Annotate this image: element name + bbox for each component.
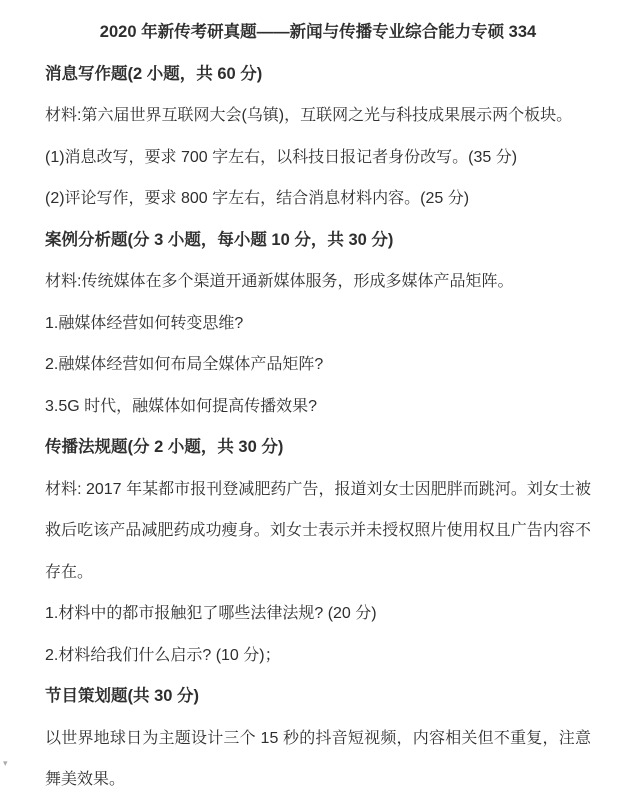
paragraph-material: 材料: 2017 年某都市报刊登减肥药广告，报道刘女士因肥胖而跳河。刘女士被救后… (45, 469, 591, 594)
section-heading-case-analysis: 案例分析题(分 3 小题，每小题 10 分，共 30 分) (45, 220, 591, 262)
paragraph-question: 1.融媒体经营如何转变思维? (45, 303, 591, 345)
paragraph-material: 材料:传统媒体在多个渠道开通新媒体服务，形成多媒体产品矩阵。 (45, 261, 591, 303)
exam-document: 2020 年新传考研真题——新闻与传播专业综合能力专硕 334 消息写作题(2 … (0, 0, 636, 799)
document-title: 2020 年新传考研真题——新闻与传播专业综合能力专硕 334 (45, 12, 591, 54)
section-heading-communication-law: 传播法规题(分 2 小题，共 30 分) (45, 427, 591, 469)
section-program-planning: 节目策划题(共 30 分) 以世界地球日为主题设计三个 15 秒的抖音短视频，内… (45, 676, 591, 799)
collapse-triangle-icon[interactable]: ▾ (3, 757, 8, 769)
paragraph-material: 材料:第六届世界互联网大会(乌镇)，互联网之光与科技成果展示两个板块。 (45, 95, 591, 137)
paragraph-question: 1.材料中的都市报触犯了哪些法律法规? (20 分) (45, 593, 591, 635)
paragraph-task: 以世界地球日为主题设计三个 15 秒的抖音短视频，内容相关但不重复，注意舞美效果… (45, 718, 591, 799)
paragraph-question: (1)消息改写，要求 700 字左右，以科技日报记者身份改写。(35 分) (45, 137, 591, 179)
section-heading-program-planning: 节目策划题(共 30 分) (45, 676, 591, 718)
paragraph-question: 3.5G 时代，融媒体如何提高传播效果? (45, 386, 591, 428)
paragraph-question: 2.融媒体经营如何布局全媒体产品矩阵? (45, 344, 591, 386)
paragraph-question: 2.材料给我们什么启示? (10 分)； (45, 635, 591, 677)
paragraph-question: (2)评论写作，要求 800 字左右，结合消息材料内容。(25 分) (45, 178, 591, 220)
section-case-analysis: 案例分析题(分 3 小题，每小题 10 分，共 30 分) 材料:传统媒体在多个… (45, 220, 591, 428)
section-communication-law: 传播法规题(分 2 小题，共 30 分) 材料: 2017 年某都市报刊登减肥药… (45, 427, 591, 676)
section-heading-news-writing: 消息写作题(2 小题，共 60 分) (45, 54, 591, 96)
section-news-writing: 消息写作题(2 小题，共 60 分) 材料:第六届世界互联网大会(乌镇)，互联网… (45, 54, 591, 220)
